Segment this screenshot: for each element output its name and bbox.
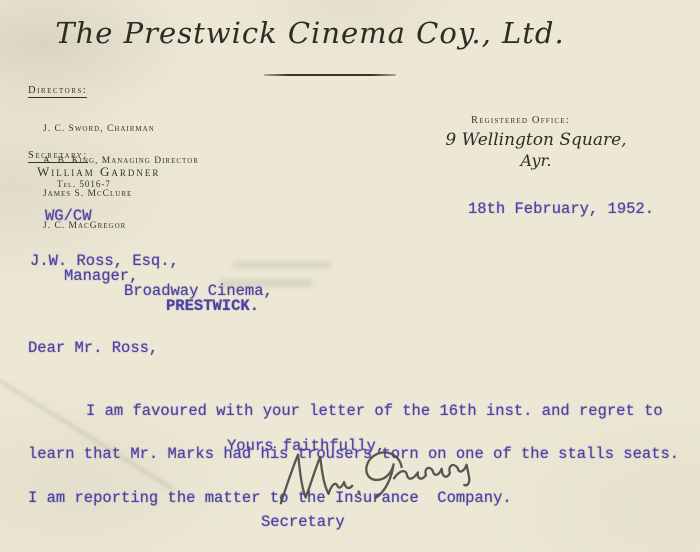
company-name: The Prestwick Cinema Coy., Ltd. xyxy=(0,16,620,50)
body-line: I am favoured with your letter of the 16… xyxy=(28,405,698,418)
recipient-line: PRESTWICK. xyxy=(166,299,259,314)
registered-office-address-line1: 9 Wellington Square, xyxy=(438,130,634,150)
directors-label: Directors: xyxy=(28,85,87,98)
letter-page: The Prestwick Cinema Coy., Ltd. Director… xyxy=(0,0,700,552)
title-rule xyxy=(264,74,396,76)
registered-office-label: Registered Office: xyxy=(471,115,570,126)
signature xyxy=(271,442,478,513)
salutation: Dear Mr. Ross, xyxy=(28,341,158,356)
reference: WG/CW xyxy=(45,209,92,224)
signature-title: Secretary xyxy=(261,515,345,530)
secretary-label: Secretary: xyxy=(28,150,88,163)
letter-date: 18th February, 1952. xyxy=(468,202,654,217)
pencil-smudge xyxy=(218,279,313,287)
director-row: J. C. Sword, Chairman xyxy=(43,123,199,135)
secretary-name: William Gardner xyxy=(37,164,160,180)
director-row: James S. McClure xyxy=(43,188,199,200)
registered-office-address-line2: Ayr. xyxy=(438,151,634,170)
pencil-smudge xyxy=(232,262,332,268)
telephone: Tel. 5016-7 xyxy=(57,179,111,189)
